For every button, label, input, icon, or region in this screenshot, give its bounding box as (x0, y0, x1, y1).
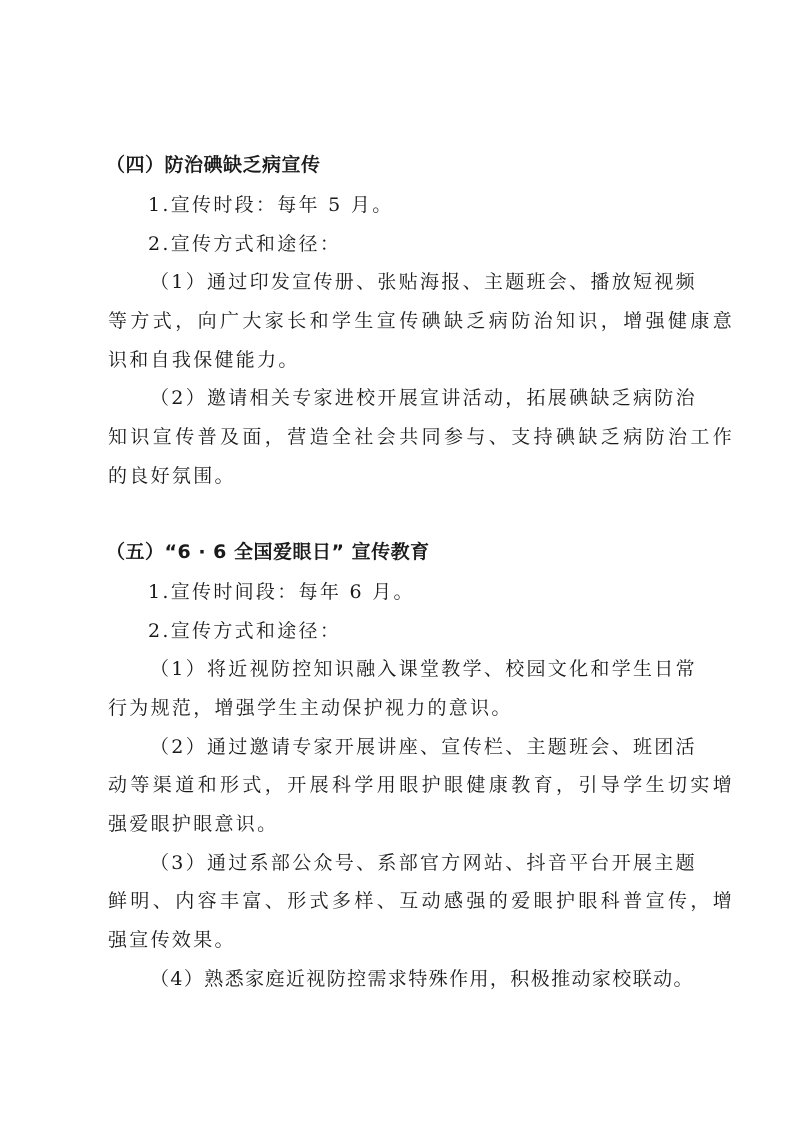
paragraph-line: （2）通过邀请专家开展讲座、宣传栏、主题班会、班团活 (150, 735, 730, 759)
paragraph-line: 的良好氛围。 (108, 464, 688, 488)
paragraph-line: 2.宣传方式和途径： (148, 619, 728, 643)
paragraph-line: 动等渠道和形式，开展科学用眼护眼健康教育，引导学生切实增 (108, 773, 688, 797)
section-heading-iodine: （四）防治碘缺乏病宣传 (106, 153, 686, 177)
paragraph-line: （2）邀请相关专家进校开展宣讲活动，拓展碘缺乏病防治 (150, 386, 730, 410)
paragraph-line: 知识宣传普及面，营造全社会共同参与、支持碘缺乏病防治工作 (108, 425, 688, 449)
paragraph-line: （1）通过印发宣传册、张贴海报、主题班会、播放短视频 (150, 270, 730, 294)
paragraph-line: 强宣传效果。 (108, 928, 688, 952)
paragraph-line: 鲜明、内容丰富、形式多样、互动感强的爱眼护眼科普宣传，增 (108, 889, 688, 913)
paragraph-line: 1.宣传时段：每年 5 月。 (148, 193, 728, 217)
paragraph-line: （4）熟悉家庭近视防控需求特殊作用，积极推动家校联动。 (150, 967, 730, 991)
paragraph-line: 1.宣传时间段：每年 6 月。 (148, 580, 728, 604)
paragraph-line: 强爱眼护眼意识。 (108, 812, 688, 836)
section-heading-eye-day: （五）“6 · 6 全国爱眼日” 宣传教育 (106, 540, 686, 564)
paragraph-line: （3）通过系部公众号、系部官方网站、抖音平台开展主题 (150, 851, 730, 875)
paragraph-line: （1）将近视防控知识融入课堂教学、校园文化和学生日常 (150, 657, 730, 681)
paragraph-line: 2.宣传方式和途径： (148, 232, 728, 256)
paragraph-line: 等方式，向广大家长和学生宣传碘缺乏病防治知识，增强健康意 (108, 309, 688, 333)
paragraph-line: 行为规范，增强学生主动保护视力的意识。 (108, 696, 688, 720)
document-page: （四）防治碘缺乏病宣传 1.宣传时段：每年 5 月。 2.宣传方式和途径： （1… (0, 0, 793, 1122)
paragraph-line: 识和自我保健能力。 (108, 348, 688, 372)
